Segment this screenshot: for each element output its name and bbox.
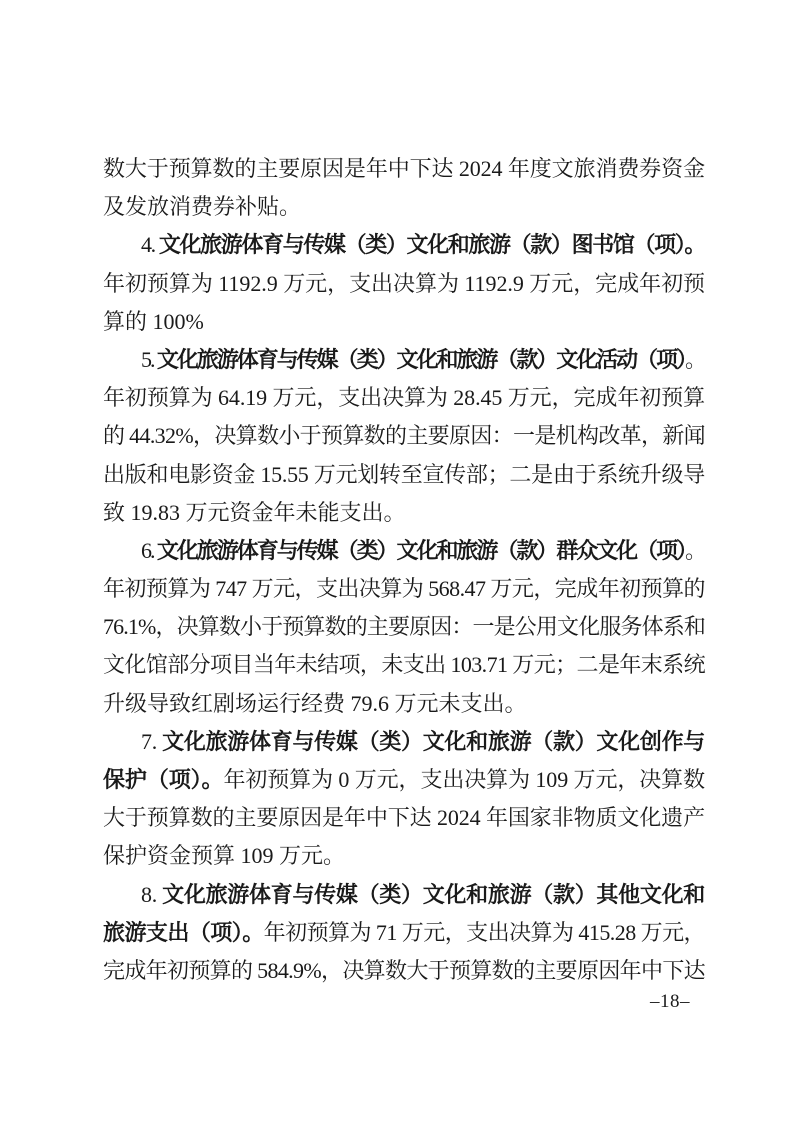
body-text: 年初预算为 747 万元，支出决算为 568.47 万元，完成年初预算的 [103,576,705,601]
text-line: 5. 文化旅游体育与传媒（类）文化和旅游（款）文化活动（项）。 [103,341,705,379]
text-line: 76.1%，决算数小于预算数的主要原因：一是公用文化服务体系和 [103,608,705,646]
page-content: 数大于预算数的主要原因是年中下达 2024 年度文旅消费券资金及发放消费券补贴。… [103,150,705,990]
body-text: 。 [685,538,705,563]
heading-text: 保护（项）。 [103,767,223,792]
body-text: 年初预算为 64.19 万元，支出决算为 28.45 万元，完成年初预算 [103,385,705,410]
heading-text: 文化旅游体育与传媒（类）文化和旅游（款）群众文化（项） [157,538,685,563]
text-line: 6. 文化旅游体育与传媒（类）文化和旅游（款）群众文化（项）。 [103,532,705,570]
text-line: 年初预算为 1192.9 万元，支出决算为 1192.9 万元，完成年初预 [103,265,705,303]
body-text: 76.1%，决算数小于预算数的主要原因：一是公用文化服务体系和 [103,614,705,639]
body-text: 5. [141,347,157,372]
text-lines: 数大于预算数的主要原因是年中下达 2024 年度文旅消费券资金及发放消费券补贴。… [103,150,705,990]
text-line: 保护资金预算 109 万元。 [103,837,705,875]
body-text: 出版和电影资金 15.55 万元划转至宣传部；二是由于系统升级导 [103,462,705,487]
text-line: 致 19.83 万元资金年未能支出。 [103,494,705,532]
heading-text: 文化旅游体育与传媒（类）文化和旅游（款）文化活动（项） [157,347,685,372]
text-line: 8. 文化旅游体育与传媒（类）文化和旅游（款）其他文化和 [103,876,705,914]
body-text: 8. [141,882,162,907]
body-text: 大于预算数的主要原因是年中下达 2024 年国家非物质文化遗产 [103,805,705,830]
text-line: 及发放消费券补贴。 [103,188,705,226]
body-text: 7. [141,729,162,754]
body-text: 致 19.83 万元资金年未能支出。 [103,500,406,525]
text-line: 数大于预算数的主要原因是年中下达 2024 年度文旅消费券资金 [103,150,705,188]
heading-text: 旅游支出（项）。 [103,920,264,945]
body-text: 年初预算为 1192.9 万元，支出决算为 1192.9 万元，完成年初预 [103,271,705,296]
text-line: 保护（项）。年初预算为 0 万元，支出决算为 109 万元，决算数 [103,761,705,799]
text-line: 出版和电影资金 15.55 万元划转至宣传部；二是由于系统升级导 [103,456,705,494]
text-line: 的 44.32%，决算数小于预算数的主要原因：一是机构改革，新闻 [103,417,705,455]
heading-text: 文化旅游体育与传媒（类）文化和旅游（款）其他文化和 [162,882,705,907]
body-text: 4. [141,232,159,257]
heading-text: 文化旅游体育与传媒（类）文化和旅游（款）图书馆（项）。 [159,232,705,257]
body-text: 数大于预算数的主要原因是年中下达 2024 年度文旅消费券资金 [103,156,705,181]
body-text: 升级导致红剧场运行经费 79.6 万元未支出。 [103,691,527,716]
heading-text: 文化旅游体育与传媒（类）文化和旅游（款）文化创作与 [162,729,705,754]
text-line: 旅游支出（项）。年初预算为 71 万元，支出决算为 415.28 万元， [103,914,705,952]
page-number: –18– [650,991,690,1013]
document-page: 数大于预算数的主要原因是年中下达 2024 年度文旅消费券资金及发放消费券补贴。… [0,0,793,1122]
body-text: 保护资金预算 109 万元。 [103,843,345,868]
body-text: 的 44.32%，决算数小于预算数的主要原因：一是机构改革，新闻 [103,423,705,448]
body-text: 完成年初预算的 584.9%，决算数大于预算数的主要原因年中下达 [103,958,705,983]
body-text: 年初预算为 71 万元，支出决算为 415.28 万元， [264,920,705,945]
body-text: 年初预算为 0 万元，支出决算为 109 万元，决算数 [223,767,705,792]
text-line: 升级导致红剧场运行经费 79.6 万元未支出。 [103,685,705,723]
text-line: 4. 文化旅游体育与传媒（类）文化和旅游（款）图书馆（项）。 [103,226,705,264]
text-line: 7. 文化旅游体育与传媒（类）文化和旅游（款）文化创作与 [103,723,705,761]
text-line: 完成年初预算的 584.9%，决算数大于预算数的主要原因年中下达 [103,952,705,990]
text-line: 算的 100% [103,303,705,341]
body-text: 算的 100% [103,309,204,334]
body-text: 文化馆部分项目当年未结项，未支出 103.71 万元；二是年末系统 [103,652,705,677]
text-line: 大于预算数的主要原因是年中下达 2024 年国家非物质文化遗产 [103,799,705,837]
text-line: 文化馆部分项目当年未结项，未支出 103.71 万元；二是年末系统 [103,646,705,684]
body-text: 6. [141,538,157,563]
text-line: 年初预算为 64.19 万元，支出决算为 28.45 万元，完成年初预算 [103,379,705,417]
body-text: 及发放消费券补贴。 [103,194,301,219]
body-text: 。 [685,347,705,372]
text-line: 年初预算为 747 万元，支出决算为 568.47 万元，完成年初预算的 [103,570,705,608]
